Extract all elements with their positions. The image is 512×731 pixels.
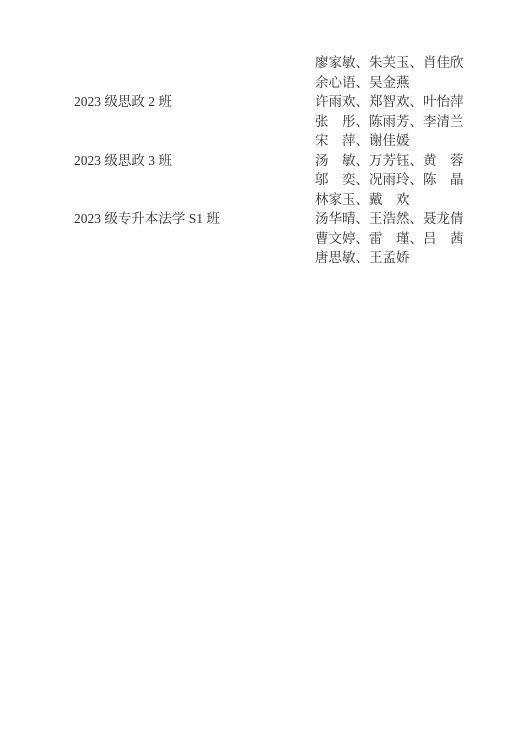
member-names-line: 张 彤、陈雨芳、李清兰: [315, 112, 467, 132]
document-page: 廖家敏、朱芙玉、肖佳欣 余心语、吴金燕 2023 级思政 2 班 许雨欢、郑智欢…: [0, 0, 512, 731]
class-roster: 廖家敏、朱芙玉、肖佳欣 余心语、吴金燕 2023 级思政 2 班 许雨欢、郑智欢…: [74, 53, 467, 268]
member-names-cell: 汤 敏、万芳钰、黄 蓉 邬 奕、况雨玲、陈 晶 林家玉、戴 欢: [315, 151, 467, 210]
member-names-line: 汤 敏、万芳钰、黄 蓉: [315, 151, 467, 171]
member-names-line: 曹文婷、雷 瑾、吕 茜: [315, 229, 467, 249]
member-names-cell: 许雨欢、郑智欢、叶怡萍 张 彤、陈雨芳、李清兰 宋 萍、谢佳媛: [315, 92, 467, 151]
member-names-line: 林家玉、戴 欢: [315, 190, 467, 210]
roster-row: 2023 级思政 3 班 汤 敏、万芳钰、黄 蓉 邬 奕、况雨玲、陈 晶 林家玉…: [74, 151, 467, 210]
roster-row: 2023 级思政 2 班 许雨欢、郑智欢、叶怡萍 张 彤、陈雨芳、李清兰 宋 萍…: [74, 92, 467, 151]
roster-row: 廖家敏、朱芙玉、肖佳欣 余心语、吴金燕: [74, 53, 467, 92]
member-names-line: 宋 萍、谢佳媛: [315, 131, 467, 151]
member-names-line: 唐思敏、王孟娇: [315, 248, 467, 268]
class-name-label: 2023 级思政 3 班: [74, 151, 315, 171]
class-name-label: 2023 级专升本法学 S1 班: [74, 209, 315, 229]
member-names-line: 邬 奕、况雨玲、陈 晶: [315, 170, 467, 190]
member-names-cell: 汤华晴、王浩然、聂龙倩 曹文婷、雷 瑾、吕 茜 唐思敏、王孟娇: [315, 209, 467, 268]
member-names-line: 廖家敏、朱芙玉、肖佳欣: [315, 53, 467, 73]
member-names-cell: 廖家敏、朱芙玉、肖佳欣 余心语、吴金燕: [315, 53, 467, 92]
member-names-line: 汤华晴、王浩然、聂龙倩: [315, 209, 467, 229]
roster-row: 2023 级专升本法学 S1 班 汤华晴、王浩然、聂龙倩 曹文婷、雷 瑾、吕 茜…: [74, 209, 467, 268]
member-names-line: 余心语、吴金燕: [315, 73, 467, 93]
class-name-label: 2023 级思政 2 班: [74, 92, 315, 112]
member-names-line: 许雨欢、郑智欢、叶怡萍: [315, 92, 467, 112]
